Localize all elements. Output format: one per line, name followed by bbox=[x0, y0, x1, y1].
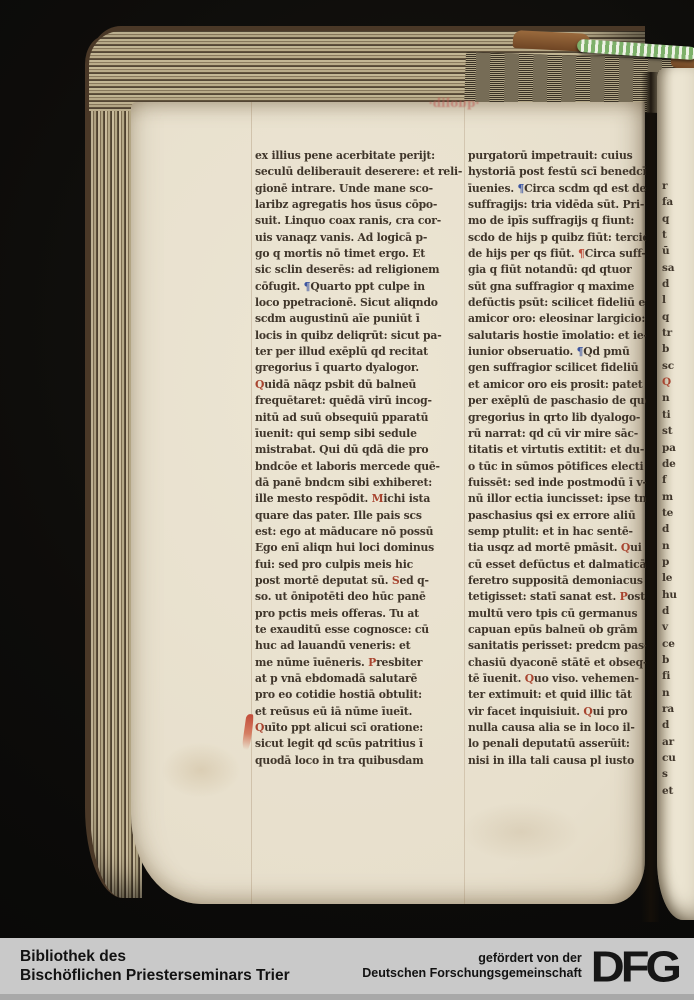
manuscript-line: salutaris hostie īmolatio: et ie- bbox=[468, 328, 646, 344]
manuscript-line: ti bbox=[662, 407, 677, 423]
manuscript-line: n bbox=[662, 685, 677, 701]
manuscript-line: o tūc in sūmos pōtifices electi bbox=[468, 459, 646, 475]
manuscript-line: d bbox=[662, 276, 677, 292]
manuscript-line: titatis et virtutis extitit: et du- bbox=[468, 442, 646, 458]
manuscript-book: ·quolib· ex illius pene acerbitate perij… bbox=[85, 26, 694, 932]
rubricated-initial: Q bbox=[255, 721, 264, 734]
manuscript-line: r bbox=[662, 178, 677, 194]
funding-credit-line2: Deutschen Forschungsgemeinschaft bbox=[362, 966, 582, 981]
running-title-showthrough: ·quolib· bbox=[389, 96, 519, 110]
manuscript-line: s bbox=[662, 766, 677, 782]
rubricated-initial: P bbox=[620, 590, 628, 603]
manuscript-line: Quidā nāqz psbit dū balneū bbox=[255, 377, 465, 393]
manuscript-line: amicor oro: eleosinar largicio: bbox=[468, 311, 646, 327]
rubricated-initial: P bbox=[368, 656, 376, 669]
manuscript-line: hystoriā post festū scī benedcī bbox=[468, 164, 646, 180]
parchment-stain bbox=[461, 802, 581, 862]
manuscript-line: laribz agregatis hos ūsus cōpo- bbox=[255, 197, 465, 213]
manuscript-line: te bbox=[662, 505, 677, 521]
manuscript-line: uis vanaqz vanis. Ad logicā p- bbox=[255, 230, 465, 246]
manuscript-line: m bbox=[662, 489, 677, 505]
facing-page-text-fragments: rfaqtūsadlqtrbscQntistpadefmtednplehudvc… bbox=[662, 178, 677, 799]
manuscript-line: nisi in illa tali causa pl iusto bbox=[468, 753, 646, 769]
red-initial-flourish bbox=[242, 714, 255, 751]
manuscript-line: ar bbox=[662, 734, 677, 750]
manuscript-line: b bbox=[662, 341, 677, 357]
manuscript-line: tia usqz ad mortē pmāsit. Qui bbox=[468, 540, 646, 556]
manuscript-line: fuissēt: sed inde postmodū ī v- bbox=[468, 475, 646, 491]
manuscript-line: suit. Linquo coax ranis, cra cor- bbox=[255, 213, 465, 229]
blue-pilcrow-mark: ¶ bbox=[577, 345, 584, 358]
manuscript-page: ·quolib· ex illius pene acerbitate perij… bbox=[131, 102, 645, 904]
manuscript-column-right: purgatorū impetrauit: cuiushystoriā post… bbox=[468, 148, 646, 769]
manuscript-line: cu bbox=[662, 750, 677, 766]
manuscript-line: le bbox=[662, 570, 677, 586]
library-name: Bibliothek des Bischöflichen Priestersem… bbox=[20, 947, 290, 986]
manuscript-line: q bbox=[662, 309, 677, 325]
parchment-stain bbox=[161, 742, 241, 798]
manuscript-line: lo penali deputatū asserūit: bbox=[468, 736, 646, 752]
manuscript-line: mistrabat. Qui dū qdā die pro bbox=[255, 442, 465, 458]
manuscript-line: de bbox=[662, 456, 677, 472]
manuscript-line: huc ad lauandū veneris: et bbox=[255, 638, 465, 654]
manuscript-line: tetigisset: statī sanat est. Post bbox=[468, 589, 646, 605]
rubricated-initial: M bbox=[372, 492, 384, 505]
manuscript-line: de hijs per qs fiūt. ¶Circa suff- bbox=[468, 246, 646, 262]
manuscript-line: frequētaret: quēdā virū incog- bbox=[255, 393, 465, 409]
photo-backdrop: ·quolib· ex illius pene acerbitate perij… bbox=[0, 0, 694, 938]
manuscript-line: nulla causa alia se in loco il- bbox=[468, 720, 646, 736]
manuscript-line: bndcōe et laboris mercede quē- bbox=[255, 459, 465, 475]
manuscript-line: Quīto ppt alicui scī oratione: bbox=[255, 720, 465, 736]
manuscript-line: nitū ad suū obsequiū pparatū bbox=[255, 410, 465, 426]
funding-credit-line1: gefördert von der bbox=[362, 951, 582, 966]
manuscript-line: p bbox=[662, 554, 677, 570]
manuscript-line: ū bbox=[662, 243, 677, 259]
manuscript-line: v bbox=[662, 619, 677, 635]
manuscript-line: gen suffragior scilicet fideliū bbox=[468, 360, 646, 376]
manuscript-line: loco ppetracionē. Sicut aliqndo bbox=[255, 295, 465, 311]
manuscript-line: gregorius in qrto lib dyalogo- bbox=[468, 410, 646, 426]
manuscript-line: fui: sed pro culpis meis hic bbox=[255, 557, 465, 573]
manuscript-line: pro eo cotidie hostiā obtulit: bbox=[255, 687, 465, 703]
manuscript-line: post mortē deputat sū. Sed q- bbox=[255, 573, 465, 589]
library-name-line1: Bibliothek des bbox=[20, 947, 290, 967]
dfg-logo: DFG bbox=[591, 944, 682, 987]
rubricated-initial: Q bbox=[255, 378, 264, 391]
manuscript-line: ter per illud exēplū qd recitat bbox=[255, 344, 465, 360]
manuscript-line: t bbox=[662, 227, 677, 243]
manuscript-line: gia q fiūt notandū: qd qtuor bbox=[468, 262, 646, 278]
manuscript-line: capuan epūs balneū ob grām bbox=[468, 622, 646, 638]
blue-pilcrow-mark: ¶ bbox=[517, 182, 524, 195]
manuscript-line: sic sclin deserēs: ad religionem bbox=[255, 262, 465, 278]
manuscript-line: et amicor oro eis prosit: patet bbox=[468, 377, 646, 393]
red-pilcrow-mark: ¶ bbox=[578, 247, 585, 260]
manuscript-line: tē īuenit. Quo viso. vehemen- bbox=[468, 671, 646, 687]
manuscript-line: d bbox=[662, 717, 677, 733]
manuscript-line: hu bbox=[662, 587, 677, 603]
digitization-banner: Bibliothek des Bischöflichen Priestersem… bbox=[0, 938, 694, 1000]
manuscript-line: ille mesto respōdit. Michi ista bbox=[255, 491, 465, 507]
manuscript-line: et reūsus eū iā nūme īueīt. bbox=[255, 704, 465, 720]
manuscript-line: sc bbox=[662, 358, 677, 374]
manuscript-line: at p vnā ebdomadā salutarē bbox=[255, 671, 465, 687]
manuscript-line: ra bbox=[662, 701, 677, 717]
rubricated-initial: S bbox=[392, 574, 400, 587]
manuscript-line: Q bbox=[662, 374, 677, 390]
manuscript-line: sicut legit qd scūs patritius ī bbox=[255, 736, 465, 752]
manuscript-line: īuenit: qui semp sibi sedule bbox=[255, 426, 465, 442]
manuscript-line: st bbox=[662, 423, 677, 439]
manuscript-line: multū vero tpis cū germanus bbox=[468, 606, 646, 622]
manuscript-line: te exauditū esse cognosce: cū bbox=[255, 622, 465, 638]
manuscript-line: vir facet inquisiuit. Qui pro bbox=[468, 704, 646, 720]
manuscript-line: n bbox=[662, 538, 677, 554]
manuscript-line: so. ut ōnipotēti deo hūc panē bbox=[255, 589, 465, 605]
manuscript-line: b bbox=[662, 652, 677, 668]
manuscript-line: cū esset defūctus et dalmaticā bbox=[468, 557, 646, 573]
manuscript-line: īuenies. ¶Circa scdm qd est de bbox=[468, 181, 646, 197]
manuscript-line: feretro suppositā demoniacus bbox=[468, 573, 646, 589]
manuscript-line: mo de ipīs suffragijs q fiunt: bbox=[468, 213, 646, 229]
manuscript-line: rū narrat: qd cū vir mire sāc- bbox=[468, 426, 646, 442]
manuscript-line: ce bbox=[662, 636, 677, 652]
manuscript-line: sanitatis perisset: predcm pas- bbox=[468, 638, 646, 654]
manuscript-line: go q mortis nō timet ergo. Et bbox=[255, 246, 465, 262]
manuscript-line: n bbox=[662, 390, 677, 406]
manuscript-line: d bbox=[662, 521, 677, 537]
manuscript-line: locis in quibz deliqrūt: sicut pa- bbox=[255, 328, 465, 344]
manuscript-line: defūctis psūt: scilicet fideliū et bbox=[468, 295, 646, 311]
manuscript-line: iunior obseruatio. ¶Qd pmū bbox=[468, 344, 646, 360]
manuscript-line: me nūme īuēneris. Presbiter bbox=[255, 655, 465, 671]
banner-bottom-strip bbox=[0, 994, 694, 1000]
manuscript-line: quare das pater. Ille pais scs bbox=[255, 508, 465, 524]
manuscript-column-left: ex illius pene acerbitate perijt:seculū … bbox=[255, 148, 465, 769]
rubricated-initial: Q bbox=[525, 672, 534, 685]
manuscript-line: q bbox=[662, 211, 677, 227]
manuscript-line: et bbox=[662, 783, 677, 799]
library-name-line2: Bischöflichen Priesterseminars Trier bbox=[20, 966, 290, 986]
manuscript-line: gregorius ī quarto dyalogor. bbox=[255, 360, 465, 376]
manuscript-line: ter extimuit: et quid illic tāt bbox=[468, 687, 646, 703]
manuscript-line: fi bbox=[662, 668, 677, 684]
manuscript-line: pro pctis meis offeras. Tu at bbox=[255, 606, 465, 622]
manuscript-line: suffragijs: tria vidēda sūt. Pri- bbox=[468, 197, 646, 213]
manuscript-line: paschasius qsi ex errore aliū bbox=[468, 508, 646, 524]
manuscript-line: l bbox=[662, 292, 677, 308]
manuscript-line: est: ego at māducare nō possū bbox=[255, 524, 465, 540]
manuscript-line: cōfugit. ¶Quarto ppt culpe in bbox=[255, 279, 465, 295]
funding-credit: gefördert von der Deutschen Forschungsge… bbox=[362, 943, 682, 990]
rubricated-initial: Q bbox=[621, 541, 630, 554]
manuscript-line: nū illor ectia iuncisset: ipse tn bbox=[468, 491, 646, 507]
manuscript-line: fa bbox=[662, 194, 677, 210]
manuscript-line: quodā loco in tra quibusdam bbox=[255, 753, 465, 769]
manuscript-line: d bbox=[662, 603, 677, 619]
manuscript-line: semp ptulit: et in hac sentē- bbox=[468, 524, 646, 540]
manuscript-line: seculū deliberauit deserere: et reli- bbox=[255, 164, 465, 180]
manuscript-line: tr bbox=[662, 325, 677, 341]
manuscript-line: sūt gna suffragior q maxime bbox=[468, 279, 646, 295]
blue-pilcrow-mark: ¶ bbox=[304, 280, 311, 293]
manuscript-line: chasiū dyaconē stātē et obseq- bbox=[468, 655, 646, 671]
manuscript-line: ex illius pene acerbitate perijt: bbox=[255, 148, 465, 164]
manuscript-line: per exēplū de paschasio de quo bbox=[468, 393, 646, 409]
manuscript-line: pa bbox=[662, 440, 677, 456]
manuscript-line: scdo de hijs p quibz fiūt: tercio bbox=[468, 230, 646, 246]
manuscript-line: dā panē bndcm sibi exhiberet: bbox=[255, 475, 465, 491]
manuscript-line: purgatorū impetrauit: cuius bbox=[468, 148, 646, 164]
manuscript-line: gionē intrare. Unde mane sco- bbox=[255, 181, 465, 197]
manuscript-line: Ego enī aliqn hui loci dominus bbox=[255, 540, 465, 556]
rubricated-initial: Q bbox=[583, 705, 592, 718]
manuscript-line: sa bbox=[662, 260, 677, 276]
facing-page-sliver: rfaqtūsadlqtrbscQntistpadefmtednplehudvc… bbox=[657, 68, 694, 920]
manuscript-line: f bbox=[662, 472, 677, 488]
manuscript-line: scdm augustinū aīe puniūt ī bbox=[255, 311, 465, 327]
rubricated-initial: Q bbox=[662, 376, 671, 388]
